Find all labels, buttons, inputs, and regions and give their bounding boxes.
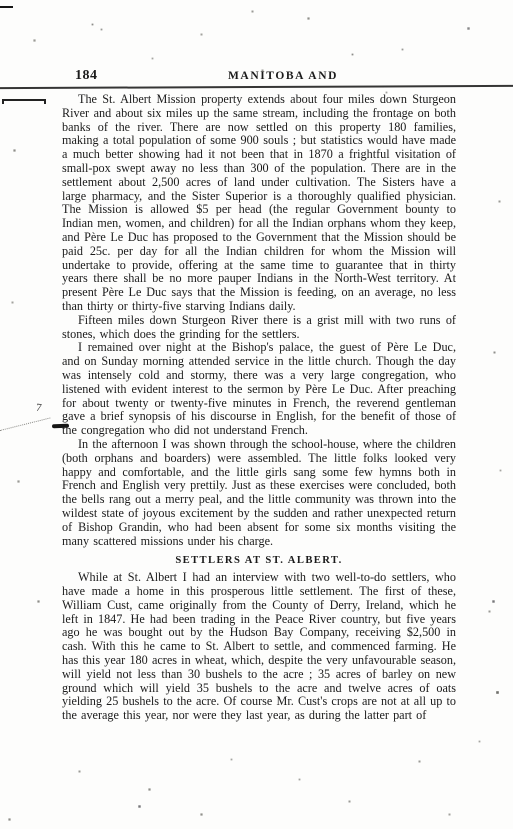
scan-artifact-scratch (0, 417, 51, 432)
paragraph: In the afternoon I was shown through the… (62, 438, 456, 548)
paragraph: While at St. Albert I had an interview w… (62, 571, 456, 723)
scan-artifact-squiggle: 7 (35, 402, 42, 415)
paragraph: The St. Albert Mission property extends … (62, 93, 456, 314)
scanned-book-page: 184 MANITOBA AND 7 The St. Albert Missio… (0, 0, 513, 829)
page-body: The St. Albert Mission property extends … (62, 93, 456, 723)
scan-noise (0, 0, 1, 1)
paragraph: I remained over night at the Bishop's pa… (62, 341, 456, 438)
page-header: 184 MANITOBA AND (62, 68, 456, 86)
section-heading: SETTLERS AT ST. ALBERT. (62, 555, 456, 567)
paragraph: Fifteen miles down Sturgeon River there … (62, 314, 456, 342)
scan-artifact-bracket (2, 99, 46, 101)
running-title: MANITOBA AND (62, 70, 456, 82)
scan-artifact-corner (0, 6, 13, 8)
